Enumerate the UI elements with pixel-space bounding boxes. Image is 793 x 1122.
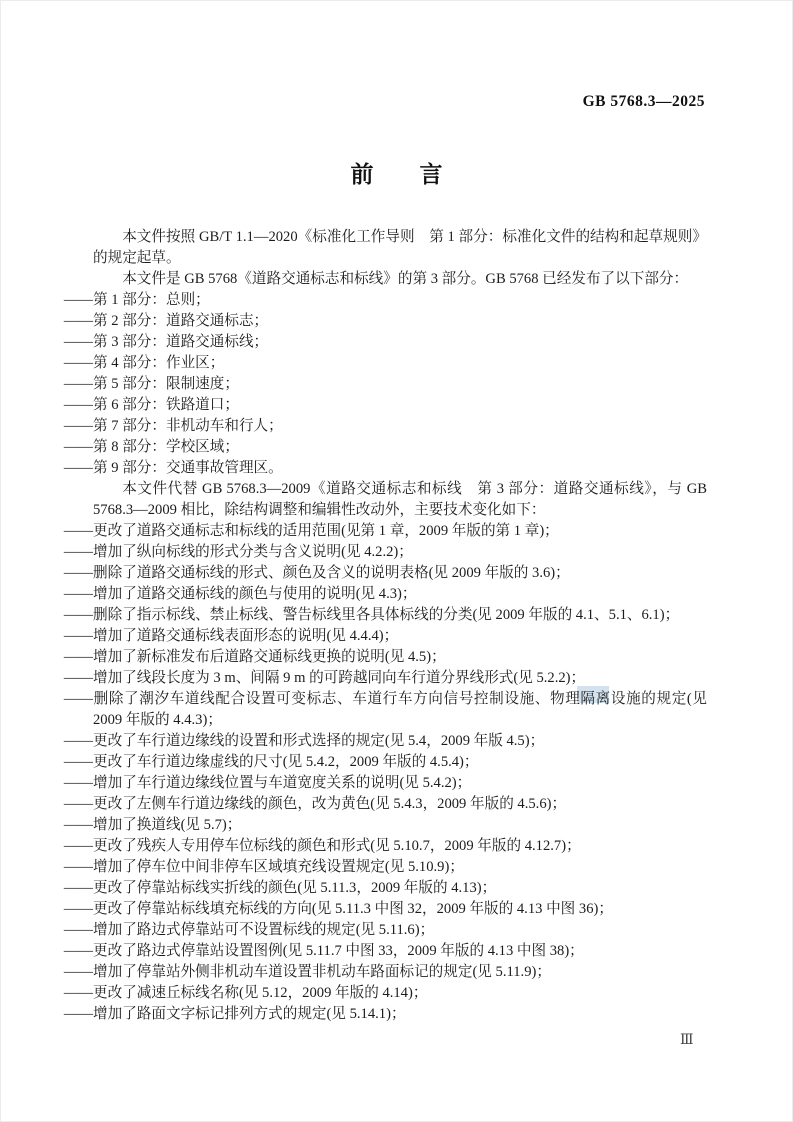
list-item: ——增加了换道线(见 5.7)； xyxy=(93,815,707,836)
list-item: ——增加了停靠站外侧非机动车道设置非机动车路面标记的规定(见 5.11.9)； xyxy=(93,962,707,983)
list-item: ——第 6 部分：铁路道口； xyxy=(93,395,707,416)
list-item: ——增加了线段长度为 3 m、间隔 9 m 的可跨越同向车行道分界线形式(见 5… xyxy=(93,668,707,689)
document-body: 本文件按照 GB/T 1.1—2020《标准化工作导则 第 1 部分：标准化文件… xyxy=(93,227,707,1025)
list-item: ——第 2 部分：道路交通标志； xyxy=(93,311,707,332)
list-item: ——增加了纵向标线的形式分类与含义说明(见 4.2.2)； xyxy=(93,542,707,563)
list-item: ——增加了路边式停靠站可不设置标线的规定(见 5.11.6)； xyxy=(93,920,707,941)
list-item: ——更改了减速丘标线名称(见 5.12，2009 年版的 4.14)； xyxy=(93,983,707,1004)
list-item: ——更改了车行道边缘虚线的尺寸(见 5.4.2，2009 年版的 4.5.4)； xyxy=(93,752,707,773)
list-item: ——删除了潮汐车道线配合设置可变标志、车道行车方向信号控制设施、物理隔离设施的规… xyxy=(93,689,707,731)
list-item: ——更改了停靠站标线实折线的颜色(见 5.11.3，2009 年版的 4.13)… xyxy=(93,878,707,899)
list-item: ——第 9 部分：交通事故管理区。 xyxy=(93,458,707,479)
list-item: ——删除了指示标线、禁止标线、警告标线里各具体标线的分类(见 2009 年版的 … xyxy=(93,605,707,626)
list-item: ——增加了路面文字标记排列方式的规定(见 5.14.1)； xyxy=(93,1004,707,1025)
list-item: ——第 7 部分：非机动车和行人； xyxy=(93,416,707,437)
list-item: ——增加了车行道边缘线位置与车道宽度关系的说明(见 5.4.2)； xyxy=(93,773,707,794)
list-item: ——更改了残疾人专用停车位标线的颜色和形式(见 5.10.7，2009 年版的 … xyxy=(93,836,707,857)
list-item: ——增加了停车位中间非停车区域填充线设置规定(见 5.10.9)； xyxy=(93,857,707,878)
list-item: ——第 8 部分：学校区域； xyxy=(93,437,707,458)
page-title: 前 言 xyxy=(1,156,792,189)
list-item: ——第 4 部分：作业区； xyxy=(93,353,707,374)
list-item: ——更改了左侧车行道边缘线的颜色，改为黄色(见 5.4.3，2009 年版的 4… xyxy=(93,794,707,815)
list-item: ——第 5 部分：限制速度； xyxy=(93,374,707,395)
paragraph: 本文件按照 GB/T 1.1—2020《标准化工作导则 第 1 部分：标准化文件… xyxy=(93,227,707,269)
doc-number: GB 5768.3—2025 xyxy=(583,93,705,111)
list-item: ——第 3 部分：道路交通标线； xyxy=(93,332,707,353)
list-item: ——增加了新标准发布后道路交通标线更换的说明(见 4.5)； xyxy=(93,647,707,668)
standard-document-page: GB 5768.3—2025 前 言 本文件按照 GB/T 1.1—2020《标… xyxy=(0,0,793,1122)
list-item: ——更改了路边式停靠站设置图例(见 5.11.7 中图 33，2009 年版的 … xyxy=(93,941,707,962)
list-item: ——增加了道路交通标线表面形态的说明(见 4.4.4)； xyxy=(93,626,707,647)
paragraph: 本文件代替 GB 5768.3—2009《道路交通标志和标线 第 3 部分：道路… xyxy=(93,479,707,521)
list-item: ——增加了道路交通标线的颜色与使用的说明(见 4.3)； xyxy=(93,584,707,605)
paragraph: 本文件是 GB 5768《道路交通标志和标线》的第 3 部分。GB 5768 已… xyxy=(93,269,707,290)
page-number: Ⅲ xyxy=(680,1032,694,1049)
list-item: ——更改了车行道边缘线的设置和形式选择的规定(见 5.4，2009 年版 4.5… xyxy=(93,731,707,752)
list-item: ——第 1 部分：总则； xyxy=(93,290,707,311)
list-item: ——更改了停靠站标线填充标线的方向(见 5.11.3 中图 32，2009 年版… xyxy=(93,899,707,920)
list-item: ——更改了道路交通标志和标线的适用范围(见第 1 章，2009 年版的第 1 章… xyxy=(93,521,707,542)
list-item: ——删除了道路交通标线的形式、颜色及含义的说明表格(见 2009 年版的 3.6… xyxy=(93,563,707,584)
